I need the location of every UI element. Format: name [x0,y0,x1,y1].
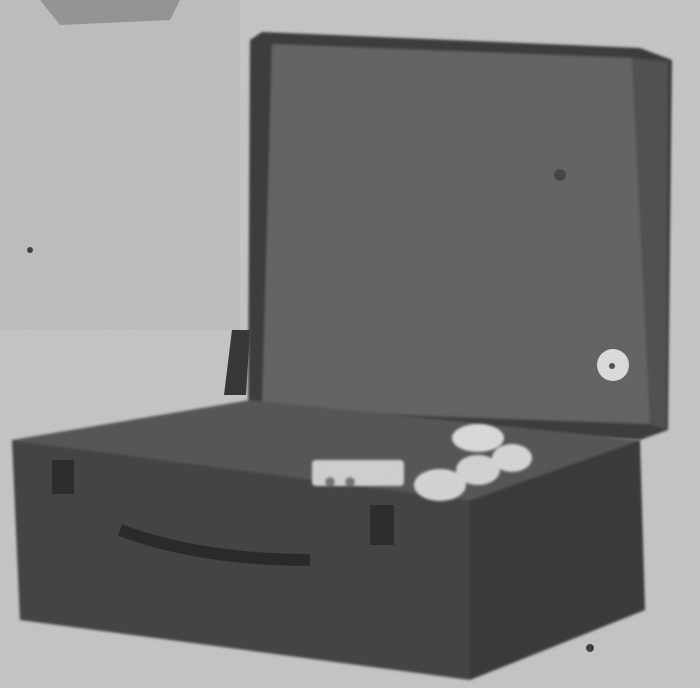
photo-open-case [0,0,700,688]
latch-left [52,460,74,494]
latch-right [370,505,394,545]
